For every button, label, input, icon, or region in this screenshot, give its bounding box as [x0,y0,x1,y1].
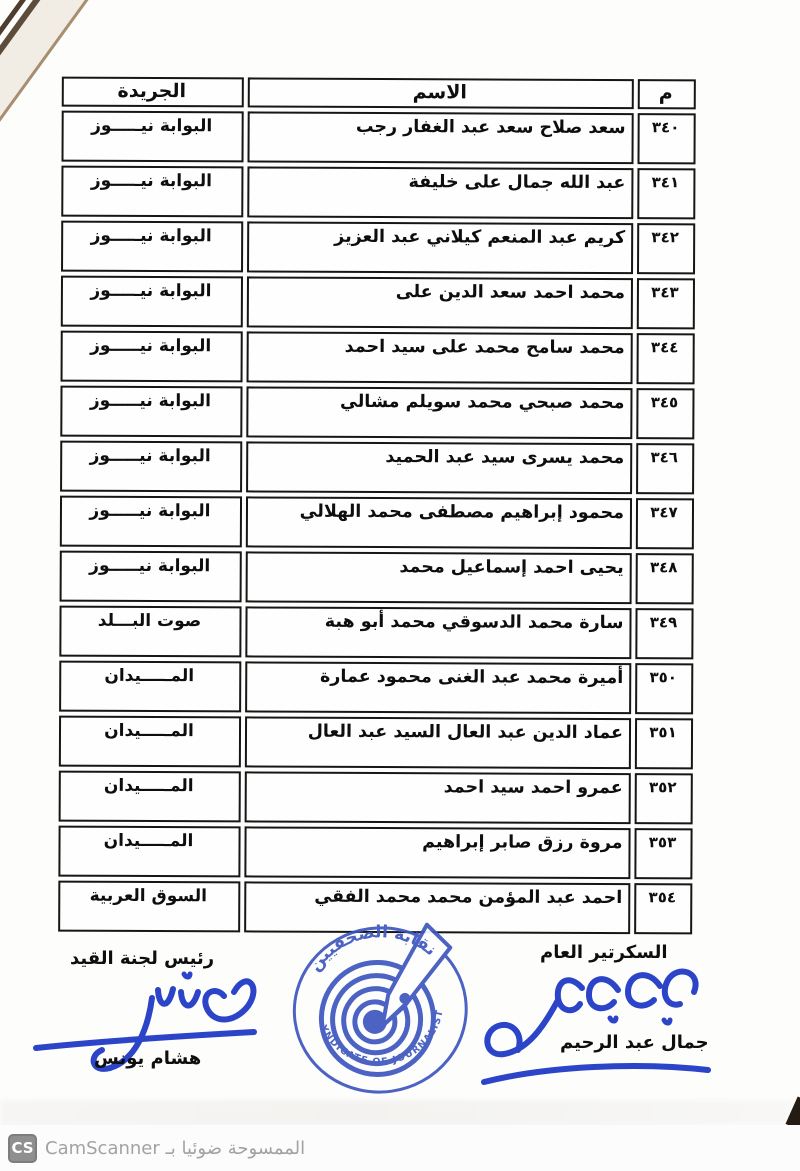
row-newspaper: السوق العربية [58,881,240,933]
row-name: محمد يسرى سيد عبد الحميد [246,441,632,494]
row-name: أميرة محمد عبد الغنى محمود عمارة [245,661,631,714]
syndicate-stamp: نقابة الصحفيين SYNDICATE OF JOURNALISTS [277,910,483,1106]
table-row: ٣٥٣ مروة رزق صابر إبراهيم المـــــيدان [58,826,692,880]
row-number: ٣٤٤ [637,333,695,384]
row-newspaper: البوابة نيـــــوز [61,166,243,218]
table-row: ٣٤٩ سارة محمد الدسوقي محمد أبو هبة صوت ا… [59,606,693,660]
camscanner-logo-icon: CS [8,1134,37,1163]
row-name: عبد الله جمال على خليفة [247,166,633,219]
camscanner-footer: CS الممسوحة ضوئيا بـ CamScanner [0,1125,800,1171]
table-header: م الاسم الجريدة [62,77,696,110]
registration-chairman-name: هشام يونس [94,1048,201,1069]
header-name: الاسم [248,77,634,109]
row-newspaper: البوابة نيـــــوز [61,111,243,163]
row-name: كريم عبد المنعم كيلاني عبد العزيز [247,221,633,274]
row-number: ٣٥٢ [635,773,693,824]
row-number: ٣٥٣ [634,828,692,879]
table-row: ٣٥١ عماد الدين عبد العال السيد عبد العال… [59,716,693,770]
table-row: ٣٤٧ محمود إبراهيم مصطفى محمد الهلالي الب… [60,496,694,550]
table-row: ٣٤٤ محمد سامح محمد على سيد احمد البوابة … [61,331,695,385]
row-number: ٣٥٤ [634,883,692,934]
row-newspaper: البوابة نيـــــوز [60,386,242,438]
row-newspaper: البوابة نيـــــوز [60,551,242,603]
row-newspaper: البوابة نيـــــوز [61,221,243,273]
secretary-general-name: جمال عبد الرحيم [560,1032,709,1053]
scan-smudge [0,1100,800,1126]
row-number: ٣٤٢ [637,223,695,274]
table-row: ٣٤٢ كريم عبد المنعم كيلاني عبد العزيز ال… [61,221,695,275]
table-row: ٣٤٣ محمد احمد سعد الدين على البوابة نيــ… [61,276,695,330]
row-newspaper: المـــــيدان [58,826,240,878]
row-number: ٣٤٣ [637,278,695,329]
header-newspaper: الجريدة [62,77,244,108]
row-number: ٣٤٩ [635,608,693,659]
row-newspaper: صوت البـــلد [59,606,241,658]
row-number: ٣٤٨ [636,553,694,604]
row-number: ٣٤٧ [636,498,694,549]
header-row: م الاسم الجريدة [62,77,696,110]
table-row: ٣٤٨ يحيى احمد إسماعيل محمد البوابة نيـــ… [60,551,694,605]
row-name: سعد صلاح سعد عبد الغفار رجب [247,111,633,164]
row-number: ٣٤٥ [636,388,694,439]
row-newspaper: البوابة نيـــــوز [60,496,242,548]
row-name: محمد احمد سعد الدين على [247,276,633,329]
row-name: محمد صبحي محمد سويلم مشالي [246,386,632,439]
journalist-roster-table: م الاسم الجريدة ٣٤٠ سعد صلاح سعد عبد الغ… [54,73,700,939]
scanned-document-page: م الاسم الجريدة ٣٤٠ سعد صلاح سعد عبد الغ… [0,0,800,1171]
row-newspaper: البوابة نيـــــوز [61,331,243,383]
row-name: عماد الدين عبد العال السيد عبد العال [245,716,631,769]
header-number: م [638,79,696,109]
row-newspaper: المـــــيدان [59,661,241,713]
row-newspaper: المـــــيدان [59,716,241,768]
row-name: سارة محمد الدسوقي محمد أبو هبة [245,606,631,659]
row-newspaper: البوابة نيـــــوز [60,441,242,493]
row-newspaper: المـــــيدان [59,771,241,823]
table-body: ٣٤٠ سعد صلاح سعد عبد الغفار رجب البوابة … [58,111,696,935]
row-number: ٣٥١ [635,718,693,769]
row-number: ٣٤٠ [637,113,695,164]
table-row: ٣٤٦ محمد يسرى سيد عبد الحميد البوابة نيـ… [60,441,694,495]
row-name: محمود إبراهيم مصطفى محمد الهلالي [246,496,632,549]
table-row: ٣٤١ عبد الله جمال على خليفة البوابة نيــ… [61,166,695,220]
row-number: ٣٤١ [637,168,695,219]
table-row: ٣٤٠ سعد صلاح سعد عبد الغفار رجب البوابة … [61,111,695,165]
table-row: ٣٥٢ عمرو احمد سيد احمد المـــــيدان [59,771,693,825]
row-number: ٣٤٦ [636,443,694,494]
row-name: محمد سامح محمد على سيد احمد [247,331,633,384]
table-row: ٣٥٠ أميرة محمد عبد الغنى محمود عمارة الم… [59,661,693,715]
row-name: عمرو احمد سيد احمد [245,771,631,824]
row-name: مروة رزق صابر إبراهيم [244,826,630,879]
secretary-general-underline [478,1060,714,1088]
row-name: يحيى احمد إسماعيل محمد [246,551,632,604]
table-row: ٣٤٥ محمد صبحي محمد سويلم مشالي البوابة ن… [60,386,694,440]
row-number: ٣٥٠ [635,663,693,714]
camscanner-watermark-text: الممسوحة ضوئيا بـ CamScanner [45,1138,305,1159]
row-newspaper: البوابة نيـــــوز [61,276,243,328]
